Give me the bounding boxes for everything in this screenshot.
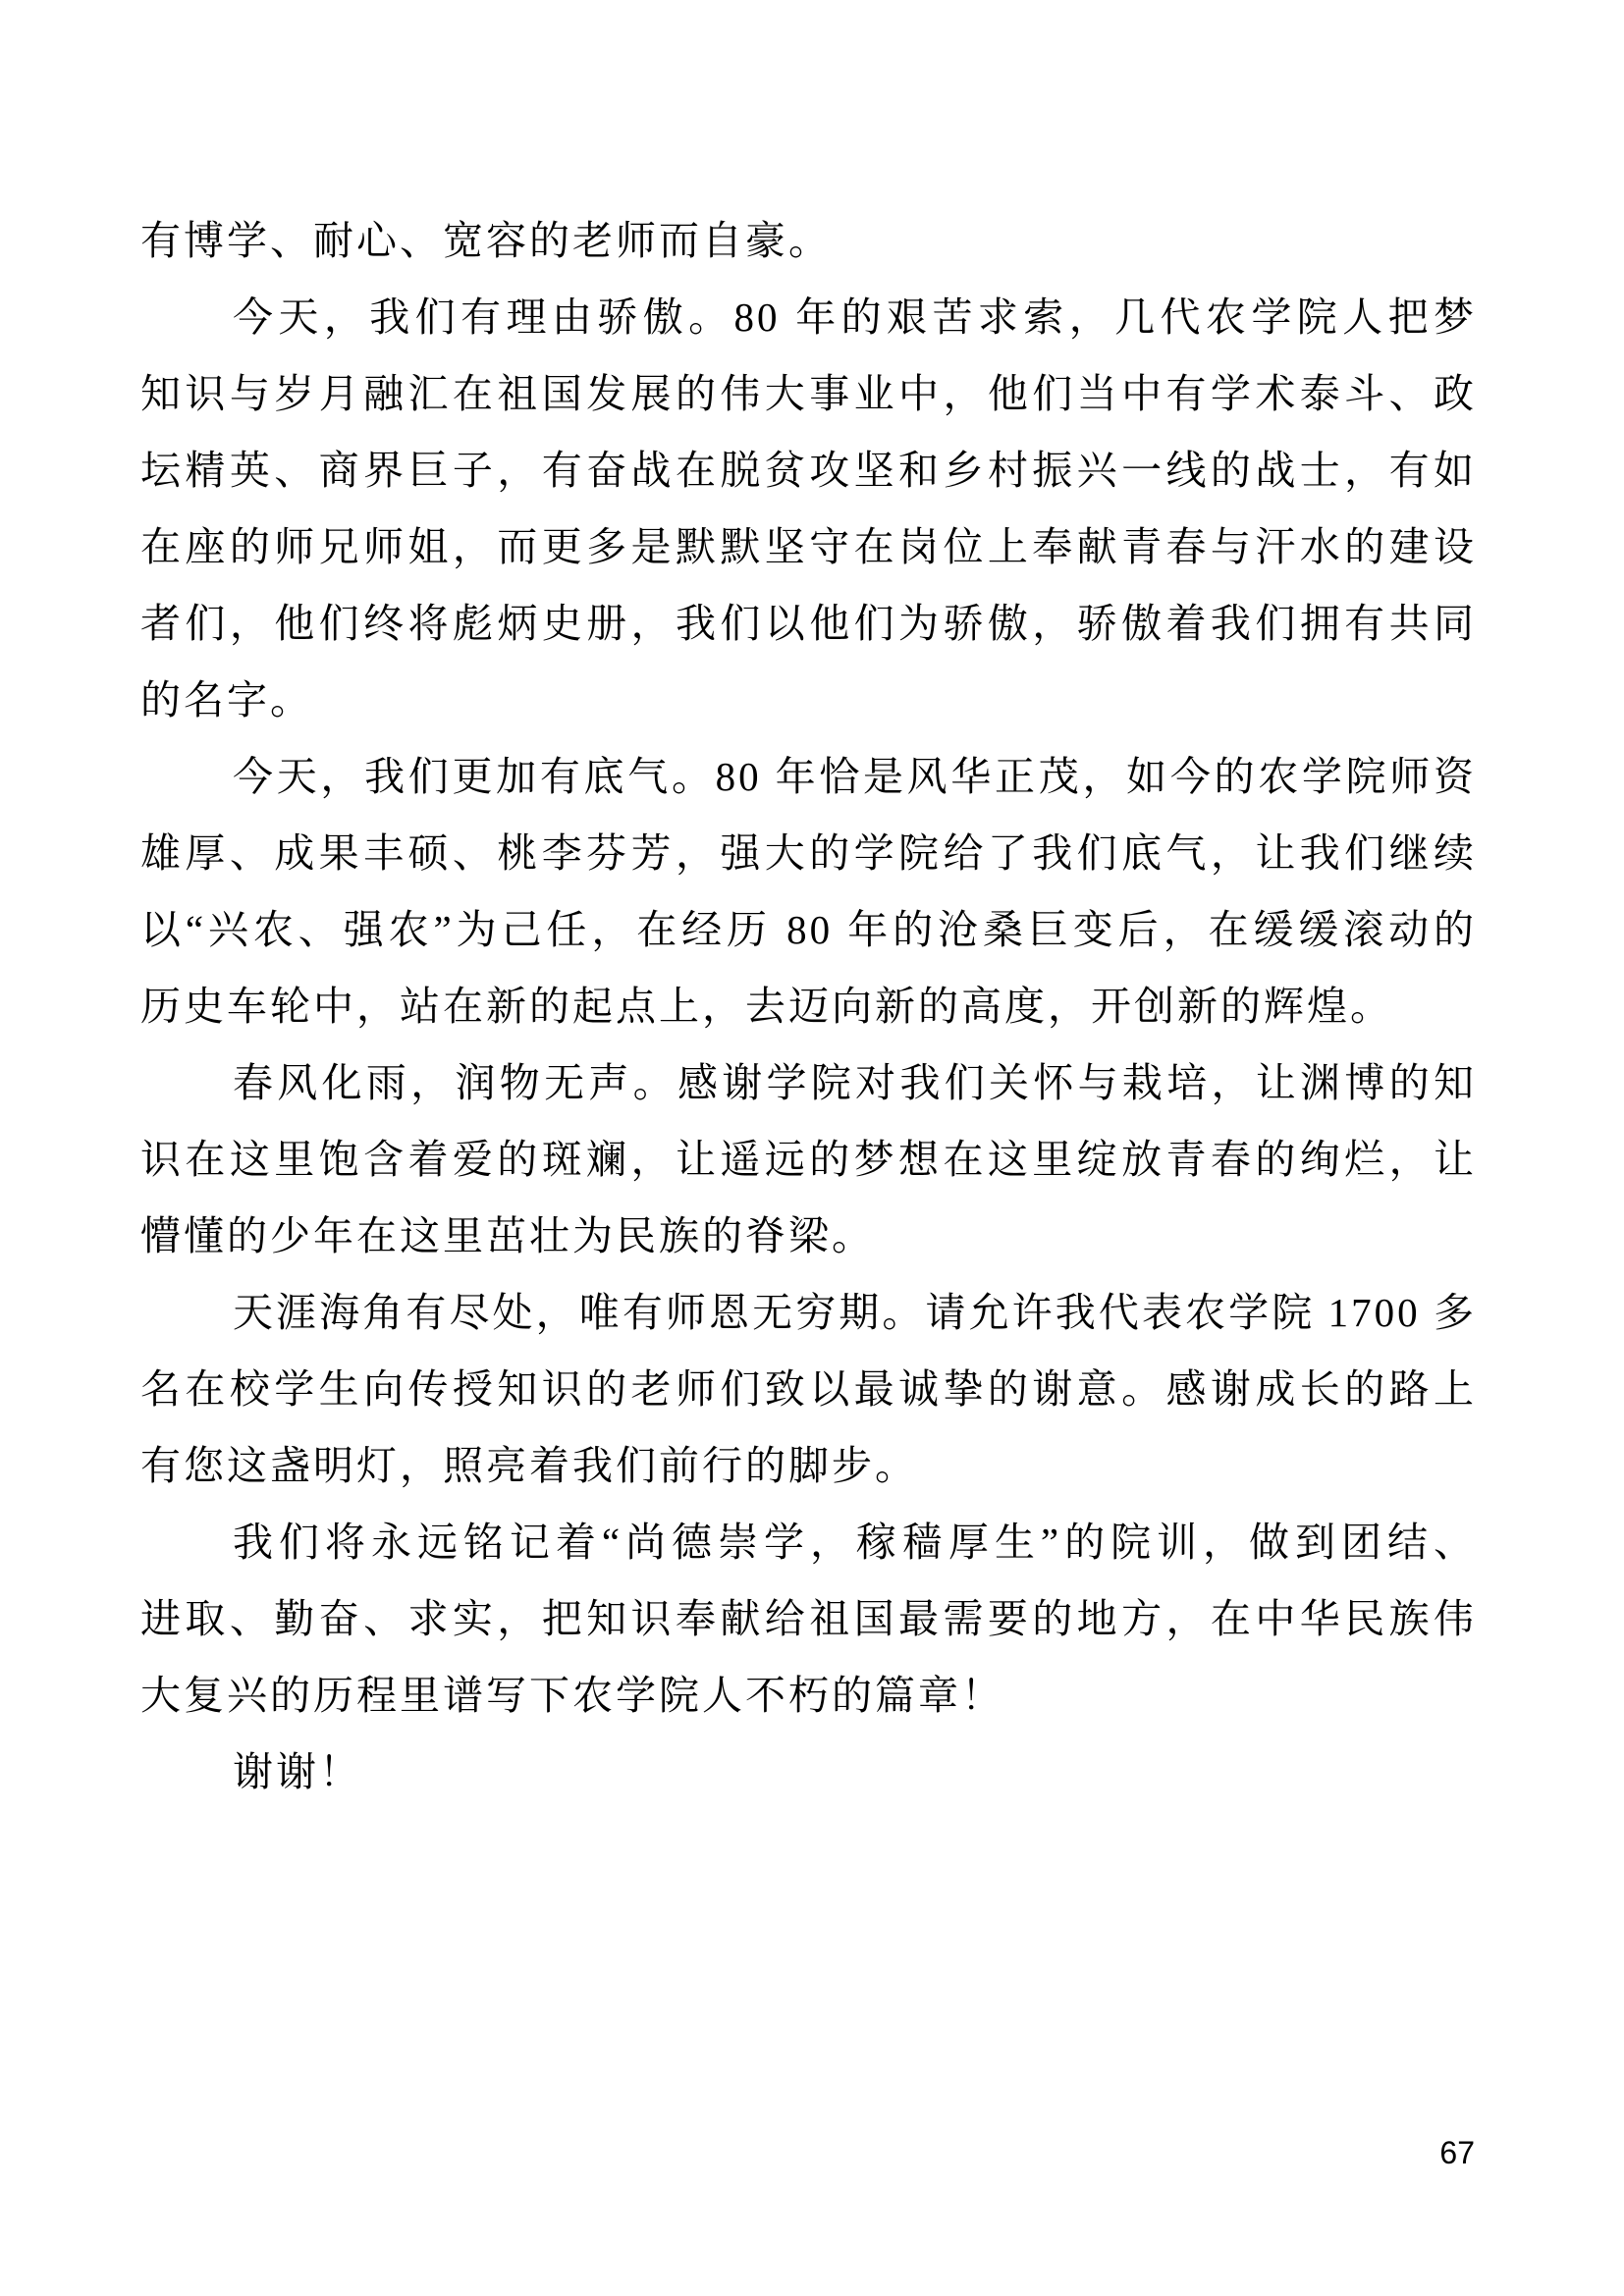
text-line: 我们将永远铭记着“尚德崇学，稼穑厚生”的院训，做到团结、 [140,1504,1477,1580]
text-line: 懵懂的少年在这里茁壮为民族的脊梁。 [140,1198,1477,1274]
text-line: 天涯海角有尽处，唯有师恩无穷期。请允许我代表农学院 1700 多 [140,1274,1477,1351]
paragraph: 谢谢！ [140,1734,1477,1810]
text-line: 在座的师兄师姐，而更多是默默坚守在岗位上奉献青春与汗水的建设 [140,508,1477,585]
text-line: 谢谢！ [140,1734,1477,1810]
document-page: 有博学、耐心、宽容的老师而自豪。今天，我们有理由骄傲。80 年的艰苦求索，几代农… [0,0,1624,2296]
text-line: 今天，我们更加有底气。80 年恰是风华正茂，如今的农学院师资 [140,738,1477,815]
paragraph: 今天，我们更加有底气。80 年恰是风华正茂，如今的农学院师资雄厚、成果丰硕、桃李… [140,738,1477,1044]
text-line: 历史车轮中，站在新的起点上，去迈向新的高度，开创新的辉煌。 [140,968,1477,1044]
text-line: 以“兴农、强农”为己任，在经历 80 年的沧桑巨变后，在缓缓滚动的 [140,891,1477,968]
text-line: 进取、勤奋、求实，把知识奉献给祖国最需要的地方，在中华民族伟 [140,1580,1477,1657]
text-line: 有博学、耐心、宽容的老师而自豪。 [140,202,1477,279]
text-line: 春风化雨，润物无声。感谢学院对我们关怀与栽培，让渊博的知 [140,1044,1477,1121]
text-line: 知识与岁月融汇在祖国发展的伟大事业中，他们当中有学术泰斗、政 [140,355,1477,432]
paragraph: 我们将永远铭记着“尚德崇学，稼穑厚生”的院训，做到团结、进取、勤奋、求实，把知识… [140,1504,1477,1734]
text-line: 识在这里饱含着爱的斑斓，让遥远的梦想在这里绽放青春的绚烂，让 [140,1121,1477,1198]
text-line: 大复兴的历程里谱写下农学院人不朽的篇章！ [140,1657,1477,1734]
text-line: 雄厚、成果丰硕、桃李芬芳，强大的学院给了我们底气，让我们继续 [140,815,1477,891]
text-line: 者们，他们终将彪炳史册，我们以他们为骄傲，骄傲着我们拥有共同 [140,585,1477,662]
text-line: 有您这盏明灯，照亮着我们前行的脚步。 [140,1427,1477,1504]
text-line: 今天，我们有理由骄傲。80 年的艰苦求索，几代农学院人把梦想、 [140,279,1477,355]
text-line: 名在校学生向传授知识的老师们致以最诚挚的谢意。感谢成长的路上 [140,1351,1477,1427]
paragraph: 春风化雨，润物无声。感谢学院对我们关怀与栽培，让渊博的知识在这里饱含着爱的斑斓，… [140,1044,1477,1274]
paragraph: 天涯海角有尽处，唯有师恩无穷期。请允许我代表农学院 1700 多名在校学生向传授… [140,1274,1477,1504]
page-number: 67 [1439,2137,1475,2168]
document-body: 有博学、耐心、宽容的老师而自豪。今天，我们有理由骄傲。80 年的艰苦求索，几代农… [140,202,1477,1810]
text-line: 坛精英、商界巨子，有奋战在脱贫攻坚和乡村振兴一线的战士，有如 [140,432,1477,508]
text-line: 的名字。 [140,662,1477,738]
paragraph: 今天，我们有理由骄傲。80 年的艰苦求索，几代农学院人把梦想、知识与岁月融汇在祖… [140,279,1477,738]
paragraph: 有博学、耐心、宽容的老师而自豪。 [140,202,1477,279]
